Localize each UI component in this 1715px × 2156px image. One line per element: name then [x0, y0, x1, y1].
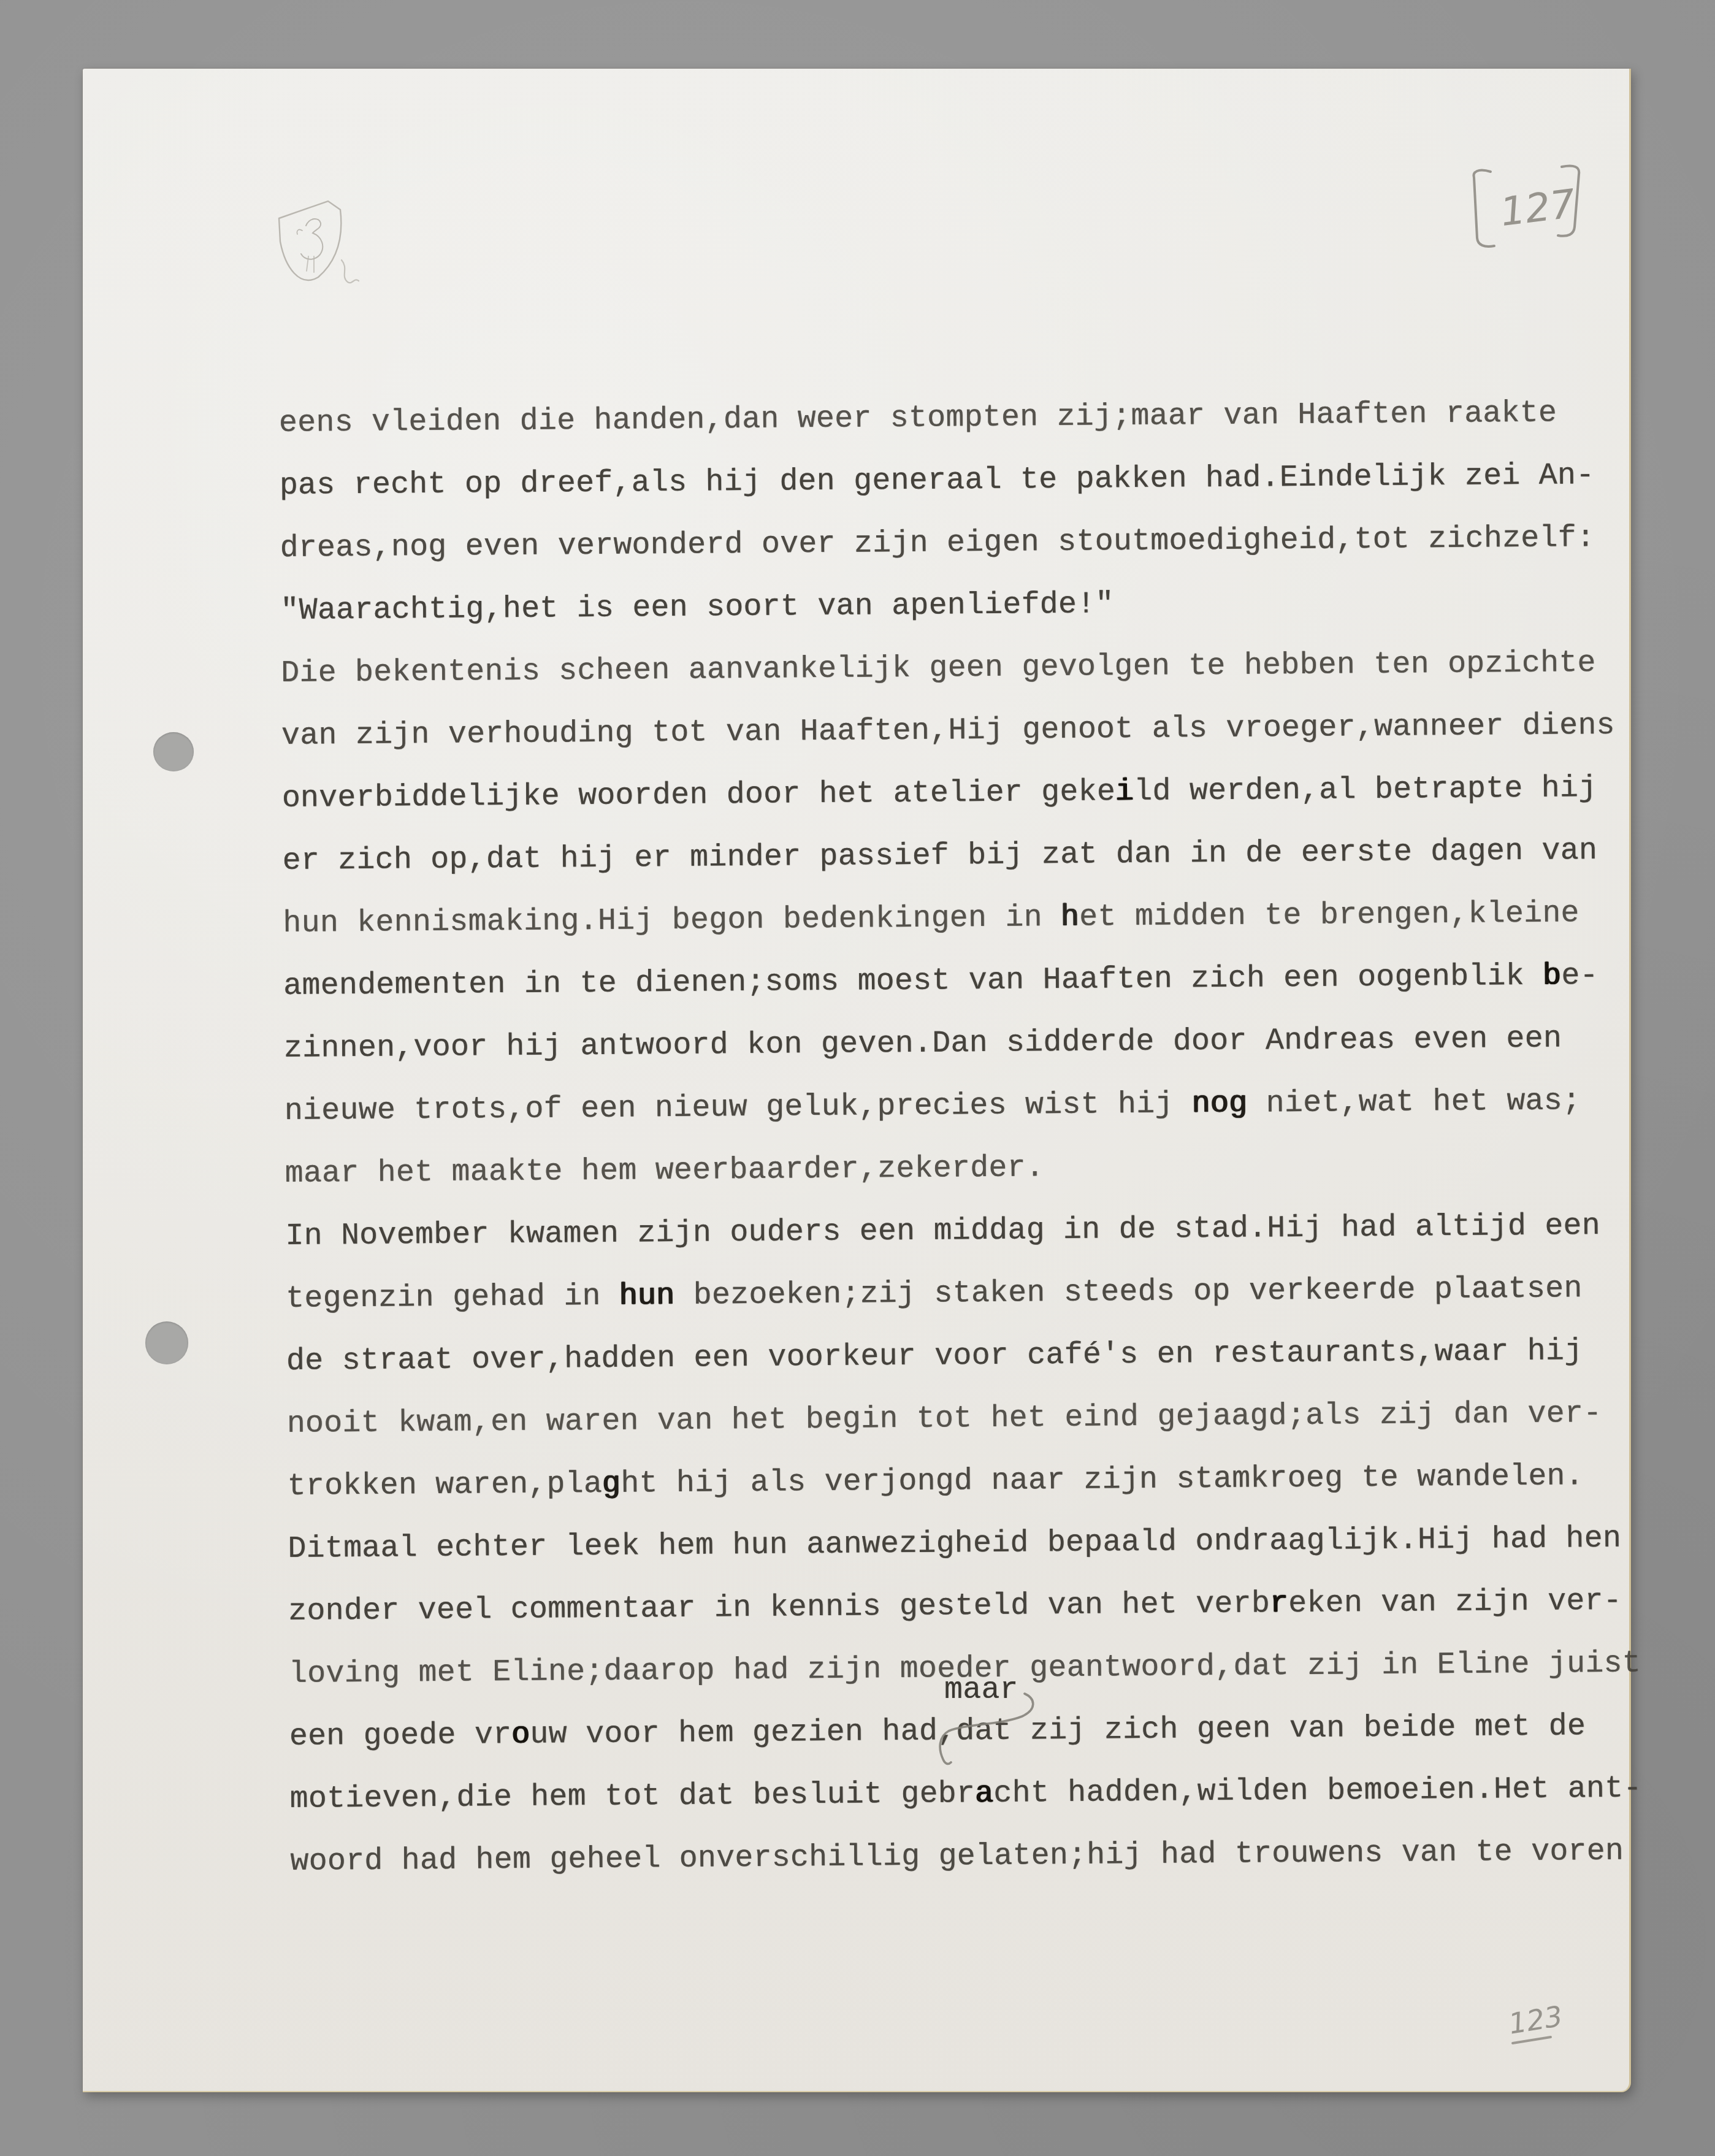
folio-number-annotation: 123 — [1499, 1994, 1585, 2062]
typescript-line: zonder veel commentaar in kennis gesteld… — [288, 1570, 1675, 1643]
typescript-line: van zijn verhouding tot van Haaften,Hij … — [281, 694, 1668, 768]
punch-hole-bottom — [145, 1321, 188, 1364]
typescript-lines: eens vleiden die handen,dan weer stompte… — [279, 381, 1676, 1894]
typescript-line: hun kennismaking.Hij begon bedenkingen i… — [283, 882, 1669, 955]
typescript-line: Ditmaal echter leek hem hun aanwezigheid… — [288, 1507, 1674, 1581]
typescript-line: er zich op,dat hij er minder passief bij… — [282, 819, 1668, 893]
typescript-line: amendementen in te dienen;soms moest van… — [283, 944, 1670, 1018]
typescript-line: "Waarachtig,het is een soort van apenlie… — [280, 569, 1667, 643]
shield-bird-stamp-icon — [267, 191, 371, 308]
typescript-line: nieuwe trots,of een nieuw geluk,precies … — [284, 1069, 1670, 1143]
typescript-line: pas recht op dreef,als hij den generaal … — [279, 444, 1665, 518]
typescript-line: maar het maakte hem weerbaarder,zekerder… — [285, 1132, 1671, 1206]
typescript-line: dreas,nog even verwonderd over zijn eige… — [280, 507, 1666, 580]
typescript-line: tegenzin gehad in hun bezoeken;zij stake… — [286, 1257, 1672, 1331]
typescript-line: Die bekentenis scheen aanvankelijk geen … — [281, 632, 1667, 705]
punch-hole-top — [153, 732, 194, 771]
typescript-line: de straat over,hadden een voorkeur voor … — [286, 1320, 1673, 1393]
inserted-word: maar — [944, 1672, 1018, 1709]
page-number-annotation: 127 — [1462, 159, 1603, 258]
typescript-line: motieven,die hem tot dat besluit gebrach… — [289, 1757, 1676, 1831]
folio-number-text: 123 — [1507, 2000, 1565, 2041]
typescript-line: woord had hem geheel onverschillig gelat… — [290, 1820, 1676, 1894]
typescript-line: trokken waren,plaght hij als verjongd na… — [287, 1445, 1673, 1518]
typescript-line: zinnen,voor hij antwoord kon geven.Dan s… — [284, 1007, 1670, 1080]
page-number-text: 127 — [1498, 182, 1578, 235]
typescript-line: onverbiddelijke woorden door het atelier… — [281, 757, 1668, 830]
typescript-line: eens vleiden die handen,dan weer stompte… — [279, 381, 1665, 455]
scan-background: 127 eens vleiden die handen,dan weer sto… — [0, 0, 1715, 2156]
manuscript-page: 127 eens vleiden die handen,dan weer sto… — [83, 69, 1631, 2092]
typescript-line: nooit kwam,en waren van het begin tot he… — [286, 1382, 1673, 1456]
typescript-line: In November kwamen zijn ouders een midda… — [285, 1195, 1671, 1268]
